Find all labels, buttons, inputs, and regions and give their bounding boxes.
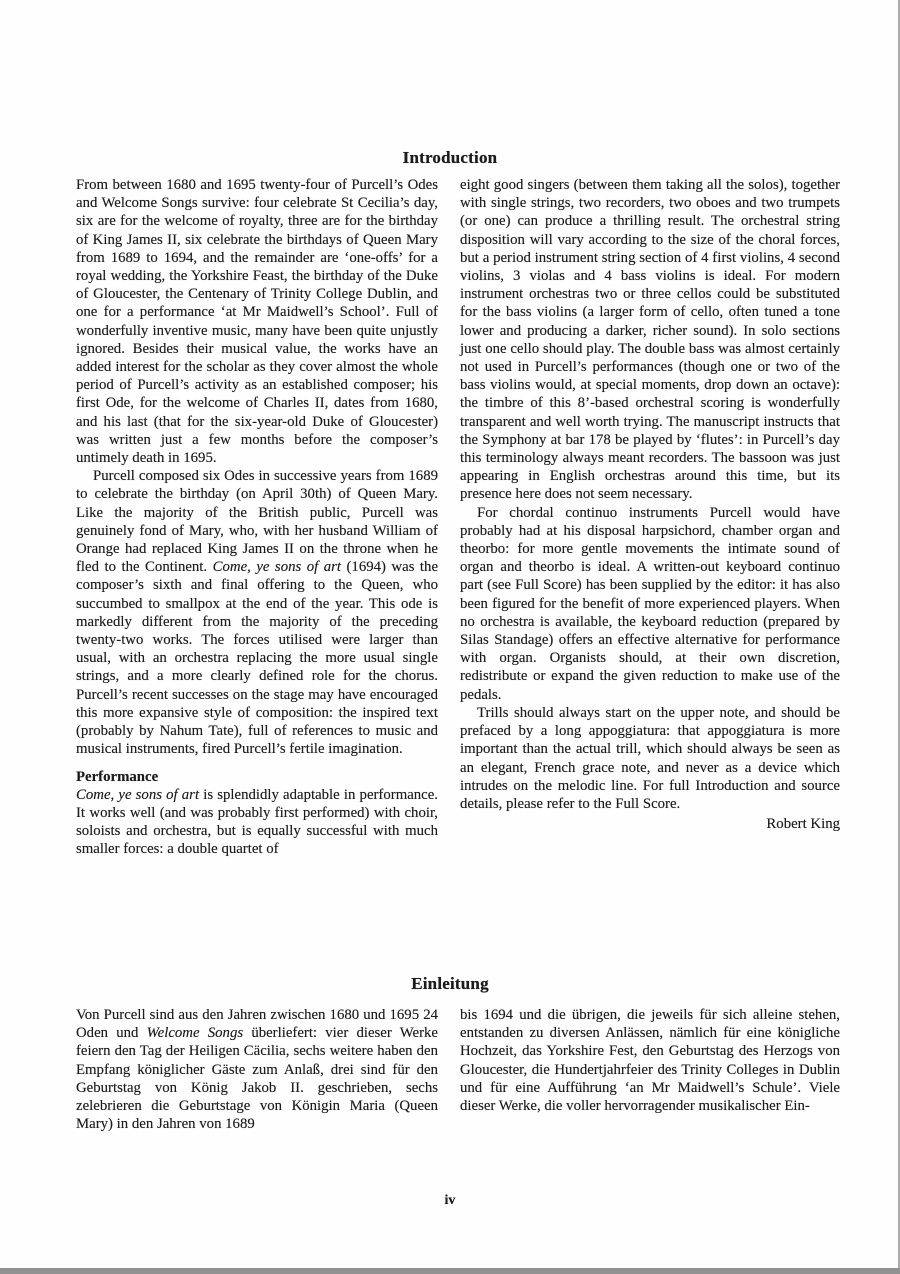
scanned-document-page: Introduction From between 1680 and 1695 …: [0, 0, 900, 1274]
einleitung-column-left: Von Purcell sind aus den Jahren zwischen…: [76, 1006, 438, 1133]
paragraph: Von Purcell sind aus den Jahren zwischen…: [76, 1006, 438, 1133]
scan-bottom-bar: [0, 1268, 900, 1274]
paragraph: For chordal continuo instruments Purcell…: [460, 504, 840, 704]
author-signature: Robert King: [460, 815, 840, 833]
text-run: eight good singers (between them taking …: [460, 177, 840, 502]
text-run: Trills should always start on the upper …: [460, 705, 840, 812]
section-heading-einleitung: Einleitung: [0, 974, 900, 994]
paragraph: Purcell composed six Odes in successive …: [76, 467, 438, 758]
einleitung-column-right: bis 1694 und die übrigen, die jeweils fü…: [460, 1006, 840, 1133]
paragraph: eight good singers (between them taking …: [460, 176, 840, 504]
subheading-performance: Performance: [76, 768, 438, 786]
text-run: (1694) was the composer’s sixth and fina…: [76, 559, 438, 757]
paragraph: From between 1680 and 1695 twenty-four o…: [76, 176, 438, 467]
page-number: iv: [0, 1193, 900, 1209]
italic-text-run: Come, ye sons of art: [213, 559, 341, 575]
paragraph: bis 1694 und die übrigen, die jeweils fü…: [460, 1006, 840, 1115]
section-heading-introduction: Introduction: [0, 148, 900, 168]
text-run: From between 1680 and 1695 twenty-four o…: [76, 177, 438, 466]
text-run: überliefert: vier dieser Werke feiern de…: [76, 1025, 438, 1132]
italic-text-run: Welcome Songs: [147, 1025, 243, 1041]
introduction-column-left: From between 1680 and 1695 twenty-four o…: [76, 176, 438, 859]
text-run: For chordal continuo instruments Purcell…: [460, 505, 840, 703]
paragraph: Come, ye sons of art is splendidly adapt…: [76, 786, 438, 859]
paragraph: Trills should always start on the upper …: [460, 704, 840, 813]
introduction-columns: From between 1680 and 1695 twenty-four o…: [76, 176, 840, 859]
introduction-column-right: eight good singers (between them taking …: [460, 176, 840, 859]
italic-text-run: Come, ye sons of art: [76, 787, 199, 803]
einleitung-columns: Von Purcell sind aus den Jahren zwischen…: [76, 1006, 840, 1133]
text-run: bis 1694 und die übrigen, die jeweils fü…: [460, 1007, 840, 1114]
